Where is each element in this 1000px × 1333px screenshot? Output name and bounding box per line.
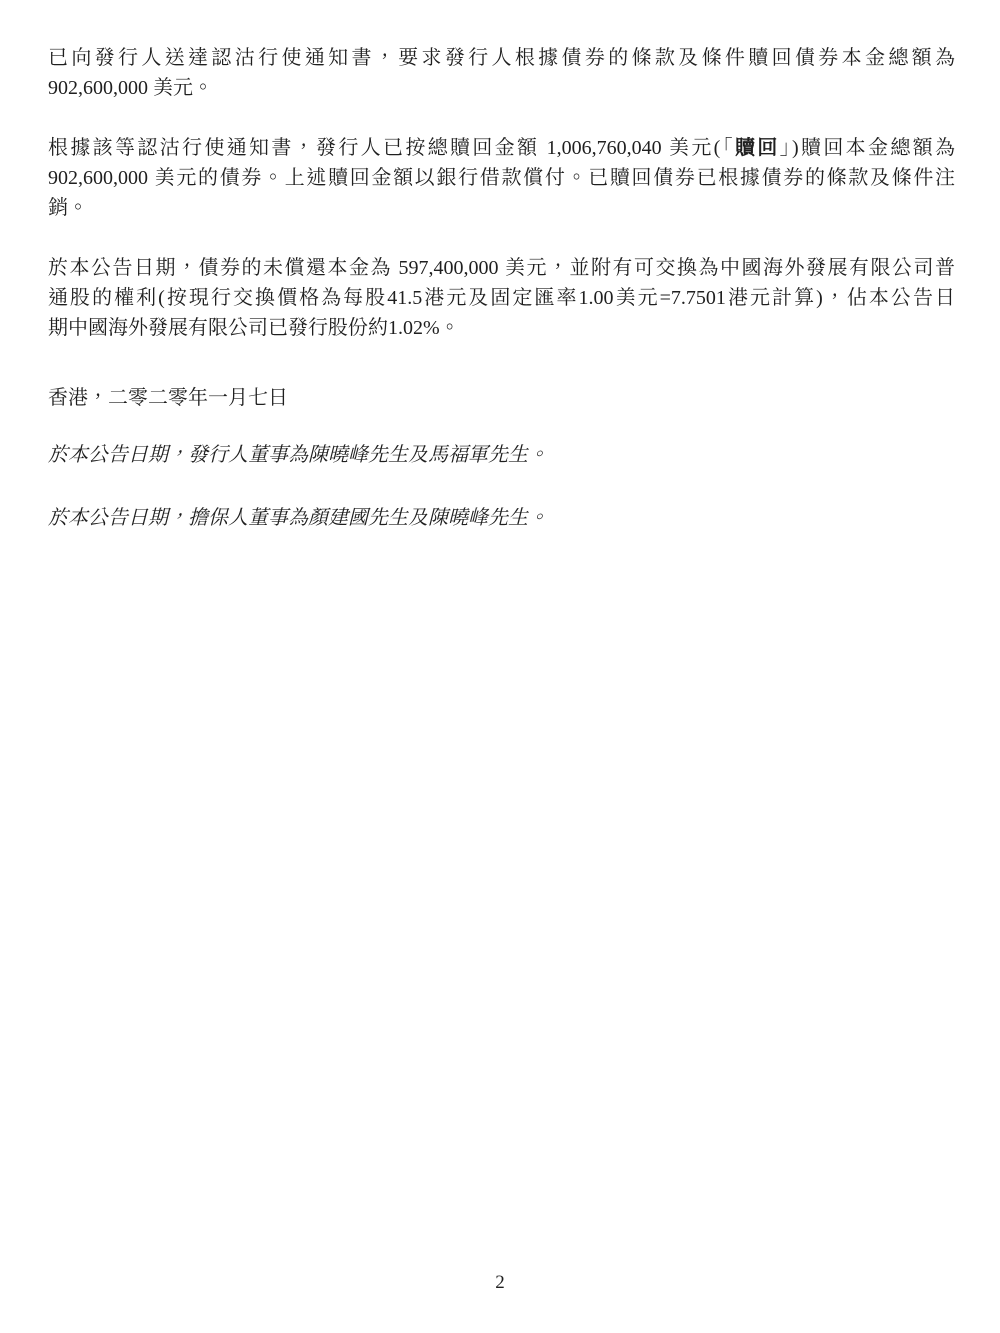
- text-line: 於本公告日期，債券的未償還本金為 597,400,000 美元，並附有可交換為中…: [48, 253, 955, 283]
- text-segment: 根據該等認沽行使通知書，發行人已按總贖回金額 1,006,760,040 美元(…: [48, 137, 735, 159]
- text-line: 於本公告日期，擔保人董事為顏建國先生及陳曉峰先生。: [48, 503, 955, 533]
- text-line: 銷。: [48, 193, 955, 223]
- text-line: 通股的權利(按現行交換價格為每股41.5港元及固定匯率1.00美元=7.7501…: [48, 283, 955, 313]
- page-number: 2: [0, 1272, 1000, 1294]
- paragraph-put-notice: 已向發行人送達認沽行使通知書，要求發行人根據債券的條款及條件贖回債券本金總額為 …: [48, 43, 955, 103]
- defined-term-redemption: 贖回: [735, 137, 780, 159]
- dateline: 香港，二零二零年一月七日: [48, 383, 955, 413]
- text-segment: 」)贖回本金總額為: [780, 137, 955, 159]
- text-line: 902,600,000 美元的債券。上述贖回金額以銀行借款償付。已贖回債券已根據…: [48, 163, 955, 193]
- guarantor-directors-note: 於本公告日期，擔保人董事為顏建國先生及陳曉峰先生。: [48, 503, 955, 533]
- announcement-body: 已向發行人送達認沽行使通知書，要求發行人根據債券的條款及條件贖回債券本金總額為 …: [48, 43, 955, 563]
- text-line: 根據該等認沽行使通知書，發行人已按總贖回金額 1,006,760,040 美元(…: [48, 133, 955, 163]
- issuer-directors-note: 於本公告日期，發行人董事為陳曉峰先生及馬福軍先生。: [48, 440, 955, 470]
- text-line: 已向發行人送達認沽行使通知書，要求發行人根據債券的條款及條件贖回債券本金總額為: [48, 43, 955, 73]
- text-line: 香港，二零二零年一月七日: [48, 383, 955, 413]
- text-line: 期中國海外發展有限公司已發行股份約1.02%。: [48, 313, 955, 343]
- text-line: 於本公告日期，發行人董事為陳曉峰先生及馬福軍先生。: [48, 440, 955, 470]
- paragraph-redemption: 根據該等認沽行使通知書，發行人已按總贖回金額 1,006,760,040 美元(…: [48, 133, 955, 223]
- paragraph-outstanding-principal: 於本公告日期，債券的未償還本金為 597,400,000 美元，並附有可交換為中…: [48, 253, 955, 343]
- text-line: 902,600,000 美元。: [48, 73, 955, 103]
